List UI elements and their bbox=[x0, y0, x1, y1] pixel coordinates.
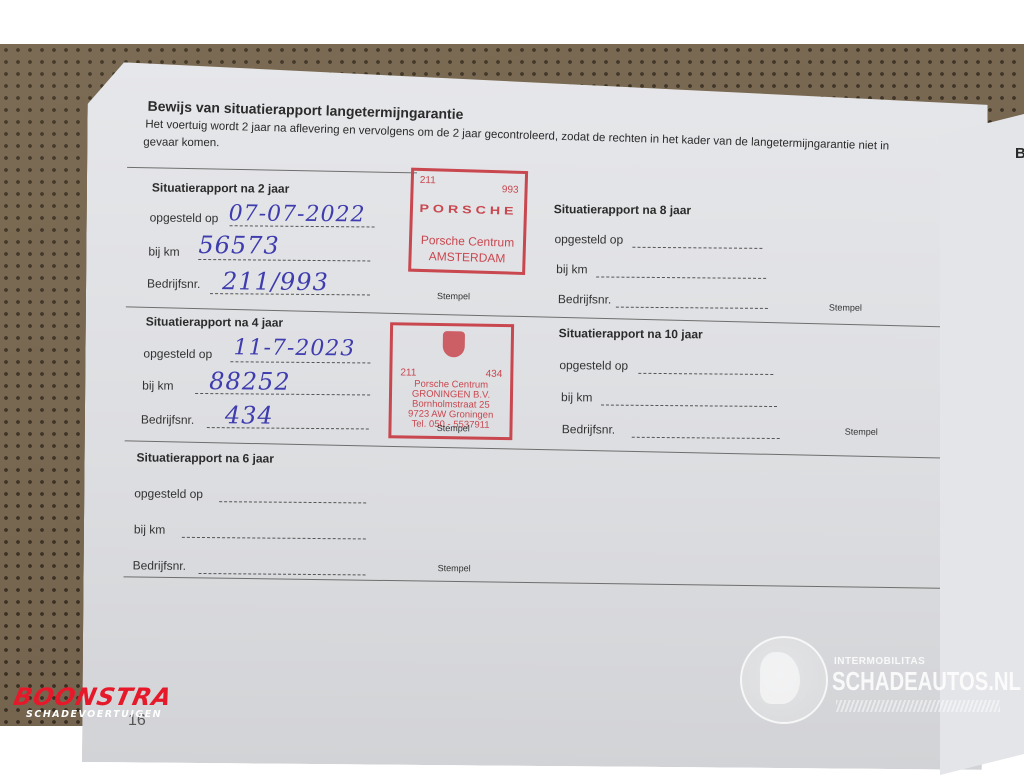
label-date: opgesteld op bbox=[143, 346, 212, 361]
handwritten-km: 56573 bbox=[198, 231, 280, 260]
intro-text-line-2: gevaar komen. bbox=[143, 136, 219, 149]
section-title-10-jaar: Situatierapport na 10 jaar bbox=[559, 326, 703, 341]
stamp-label: Stempel bbox=[845, 427, 878, 437]
next-page-heading-fragment: B bbox=[1015, 145, 1024, 162]
page-title: Bewijs van situatierapport langetermijng… bbox=[147, 98, 463, 122]
schadeautos-wordmark: SCHADEAUTOS.NL bbox=[832, 666, 1021, 697]
date-field-line bbox=[632, 247, 762, 249]
stamp-dealer-number: 211 bbox=[420, 175, 436, 186]
stamp-dealer-code: 434 bbox=[486, 369, 503, 380]
intro-text-line-1: Het voertuig wordt 2 jaar na aflevering … bbox=[145, 119, 889, 153]
section-title-6-jaar: Situatierapport na 6 jaar bbox=[136, 450, 273, 465]
boonstra-wordmark: BOONSTRA bbox=[11, 683, 175, 711]
dealer-stamp-amsterdam: 211 993 PORSCHE Porsche Centrum AMSTERDA… bbox=[408, 168, 528, 275]
label-company: Bedrijfsnr. bbox=[558, 292, 611, 306]
handwritten-date: 07-07-2022 bbox=[229, 201, 366, 227]
section-divider bbox=[127, 167, 417, 174]
schadeautos-watermark-logo: INTERMOBILITAS SCHADEAUTOS.NL bbox=[740, 636, 1024, 722]
km-field-line bbox=[182, 537, 366, 540]
km-field-line bbox=[198, 259, 370, 262]
label-date: opgesteld op bbox=[150, 211, 219, 226]
stamp-line: AMSTERDAM bbox=[411, 249, 522, 266]
label-company: Bedrijfsnr. bbox=[133, 558, 186, 572]
stamp-label: Stempel bbox=[829, 302, 862, 312]
handwritten-km: 88252 bbox=[209, 367, 291, 396]
handwritten-date: 11-7-2023 bbox=[233, 335, 355, 361]
stamp-label: Stempel bbox=[437, 423, 470, 433]
stamp-label: Stempel bbox=[437, 291, 470, 301]
porsche-wordmark: PORSCHE bbox=[396, 202, 541, 218]
stamp-dealer-code: 993 bbox=[502, 184, 519, 195]
km-field-line bbox=[596, 276, 766, 278]
label-km: bij km bbox=[134, 522, 165, 536]
section-title-8-jaar: Situatierapport na 8 jaar bbox=[554, 202, 691, 217]
date-field-line bbox=[230, 361, 370, 363]
label-date: opgesteld op bbox=[559, 358, 628, 373]
boonstra-watermark-logo: BOONSTRA SCHADEVOERTUIGEN bbox=[14, 683, 172, 720]
company-field-line bbox=[616, 307, 768, 309]
label-date: opgesteld op bbox=[554, 232, 623, 247]
label-company: Bedrijfsnr. bbox=[147, 277, 200, 291]
handwritten-company: 211/993 bbox=[222, 267, 329, 296]
section-title-2-jaar: Situatierapport na 2 jaar bbox=[152, 181, 289, 196]
section-title-4-jaar: Situatierapport na 4 jaar bbox=[146, 315, 283, 330]
km-field-line bbox=[601, 404, 777, 407]
label-company: Bedrijfsnr. bbox=[562, 422, 615, 436]
stamp-dealer-number: 211 bbox=[400, 367, 416, 378]
date-field-line bbox=[638, 373, 773, 375]
tire-tread-decoration bbox=[836, 700, 1000, 712]
stamp-label: Stempel bbox=[438, 563, 471, 573]
label-company: Bedrijfsnr. bbox=[141, 412, 194, 426]
company-field-line bbox=[632, 437, 780, 439]
porsche-crest-icon bbox=[443, 331, 465, 357]
handwritten-company: 434 bbox=[225, 401, 274, 429]
date-field-line bbox=[219, 501, 366, 503]
label-km: bij km bbox=[556, 262, 587, 276]
company-field-line bbox=[199, 573, 366, 575]
label-km: bij km bbox=[142, 378, 173, 392]
label-date: opgesteld op bbox=[134, 486, 203, 501]
label-km: bij km bbox=[561, 390, 592, 404]
label-km: bij km bbox=[148, 245, 179, 259]
stamp-line: Porsche Centrum bbox=[412, 233, 523, 250]
globe-icon bbox=[740, 636, 828, 724]
section-divider bbox=[123, 576, 973, 589]
